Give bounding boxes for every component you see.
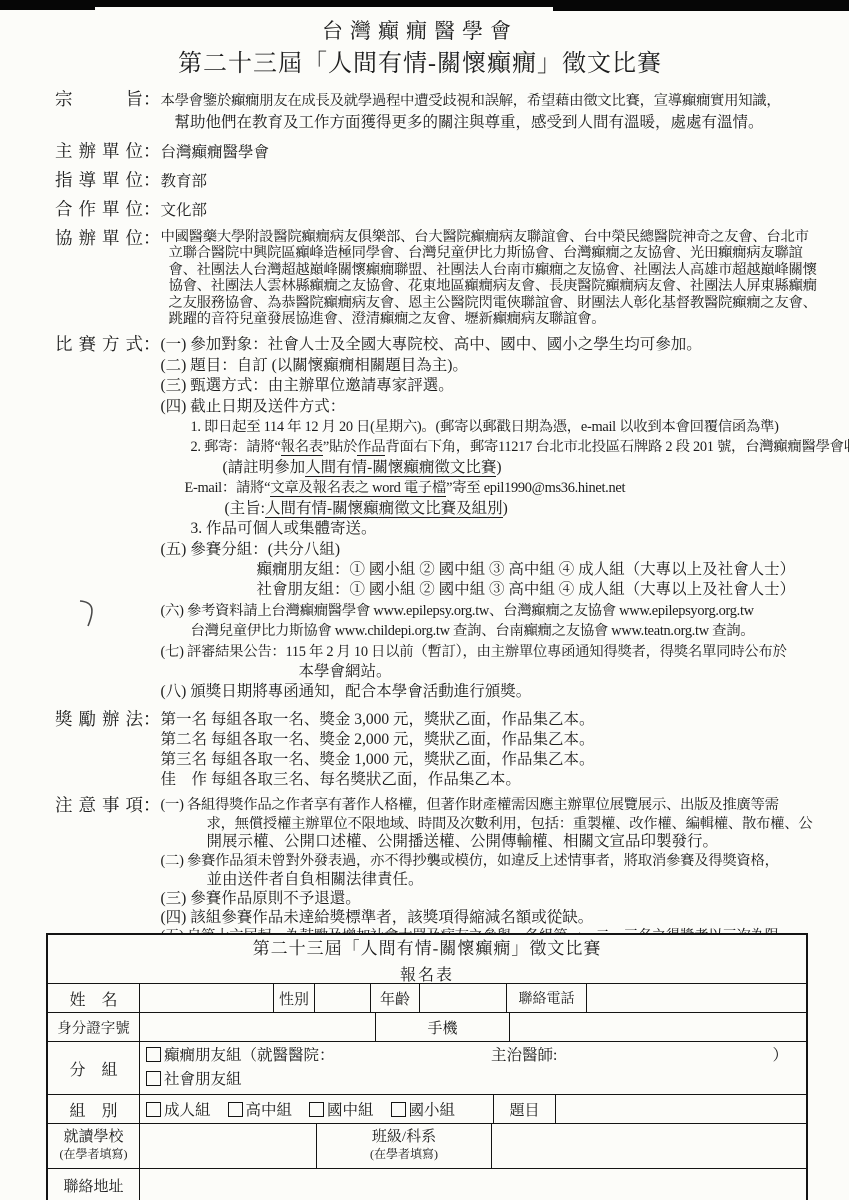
id-value-cell <box>140 1013 376 1041</box>
class-field-label: 班級/科系 (在學者填寫) <box>317 1124 492 1168</box>
text-line: 之友服務協會、為恭醫院癲癇病友會、恩主公醫院閃電俠聯誼會、財團法人彰化基督教醫院… <box>161 295 844 311</box>
text-run: 本學會網站。 <box>299 663 392 680</box>
text-line: 第一名 每組各取一名、獎金 3,000 元，獎狀乙面，作品集乙本。 <box>161 710 844 730</box>
id-field-label: 身分證字號 <box>48 1013 140 1041</box>
text-run: 求，無償授權主辦單位不限地域、時間及次數利用，包括：重製權、改作權、編輯權、散布… <box>207 816 813 832</box>
text-line: (八) 頒獎日期將專函通知，配合本學會活動進行頒獎。 <box>161 682 849 702</box>
text-line: 台灣兒童伊比力斯協會 www.childepi.org.tw 查詢、台南癲癇之友… <box>161 621 849 641</box>
text-run: 開展示權、公開口述權、公開播送權、公開傳輸權、相關文宣品印製發行。 <box>207 833 719 850</box>
underlined-text: 文章及報名表之 word 電子檔 <box>270 480 446 497</box>
text-line: (七) 評審結果公告：115 年 2 月 10 日以前（暫訂），由主辦單位專函通… <box>161 642 849 662</box>
age-value-cell <box>420 984 507 1012</box>
text-run: 第一名 每組各取一名、獎金 3,000 元，獎狀乙面，作品集乙本。 <box>161 711 595 728</box>
form-row-category: 組 別 成人組 高中組 國中組 國小組 題目 <box>48 1095 806 1124</box>
text-line: 跳躍的音符兒童發展協進會、澄清癲癇之友會、壢新癲癇病友聯誼會。 <box>161 311 844 327</box>
text-run: 1. 即日起至 114 年 12 月 20 日(星期六)。(郵寄以郵戳日期為憑，… <box>191 419 779 435</box>
text-run: 社會朋友組：① 國小組 ② 國中組 ③ 高中組 ④ 成人組（大專以上及社會人士） <box>257 581 796 598</box>
category-option-label: 國中組 <box>327 1102 374 1119</box>
category-option-label: 高中組 <box>246 1102 293 1119</box>
section-advisor: 指導單位：教育部 <box>55 169 849 193</box>
text-run: 背面右下角，郵寄11217 台北市北投區石牌路 2 段 201 號，台灣癲癇醫學… <box>385 439 849 455</box>
registration-form-table: 第二十三屆「人間有情-關懷癲癇」徵文比賽 報名表 姓 名 性別 年齡 聯絡電話 … <box>46 933 808 1200</box>
group-option-patient-label: 癲癇朋友組（就醫醫院： <box>164 1047 335 1064</box>
text-run: 2. 郵寄：請將“ <box>191 439 281 455</box>
label-colon: ： <box>143 88 161 110</box>
category-option: 高中組 <box>228 1098 293 1120</box>
group-field-label: 分 組 <box>48 1042 140 1094</box>
text-run: (一) 各組得獎作品之作者享有著作人格權，但著作財產權需因應主辦單位展覽展示、出… <box>161 797 779 813</box>
gender-value-cell <box>315 984 371 1012</box>
checkbox-icon <box>228 1102 243 1117</box>
school-label-note: (在學者填寫) <box>60 1146 128 1163</box>
phone-value-cell <box>587 984 806 1012</box>
group-option-public-label: 社會朋友組 <box>164 1071 242 1088</box>
text-run: ) <box>496 459 501 476</box>
underlined-text: 報名表 <box>281 439 323 456</box>
mobile-field-label: 手機 <box>376 1013 510 1041</box>
form-row-group: 分 組 癲癇朋友組（就醫醫院： 主治醫師: ） 社會朋友組 <box>48 1042 806 1095</box>
text-run: 第二名 每組各取一名、獎金 2,000 元，獎狀乙面，作品集乙本。 <box>161 731 595 748</box>
address-field-label: 聯絡地址 <box>48 1169 140 1200</box>
section-label: 協辦單位 <box>55 227 143 249</box>
category-options-cell: 成人組 高中組 國中組 國小組 <box>140 1095 494 1123</box>
section-content: 本學會鑒於癲癇朋友在成長及就學過程中遭受歧視和誤解，希望藉由徵文比賽，宣導癲癇實… <box>161 88 849 134</box>
underlined-text: 作品 <box>357 439 385 456</box>
text-run: 立聯合醫院中興院區癲峰造極同學會、台灣兒童伊比力斯協會、台灣癲癇之友協會、光田癲… <box>169 245 803 261</box>
text-run: 協會、社團法人雲林縣癲癇之友協會、花東地區癲癇病友會、長庚醫院癲癇病友會、社團法… <box>169 278 817 294</box>
label-colon: ： <box>143 708 161 730</box>
text-run: ”寄至 epil1990@ms36.hinet.net <box>446 480 625 496</box>
mobile-value-cell <box>510 1013 806 1041</box>
text-run: (二) 參賽作品須未曾對外發表過，亦不得抄襲或模仿，如違反上述情事者，將取消參賽… <box>161 853 779 869</box>
section-content: 文化部 <box>161 198 849 222</box>
text-run: 文化部 <box>161 202 208 219</box>
text-line: 並由送件者自負相關法律責任。 <box>161 871 844 890</box>
form-row-id: 身分證字號 手機 <box>48 1013 806 1042</box>
text-line: 2. 郵寄：請將“報名表”貼於作品背面右下角，郵寄11217 台北市北投區石牌路… <box>161 437 849 457</box>
label-colon: ： <box>143 333 161 355</box>
form-row-address: 聯絡地址 <box>48 1169 806 1200</box>
group-options-cell: 癲癇朋友組（就醫醫院： 主治醫師: ） 社會朋友組 <box>140 1042 806 1094</box>
text-line: 本學會網站。 <box>161 662 849 682</box>
section-content: 第一名 每組各取一名、獎金 3,000 元，獎狀乙面，作品集乙本。第二名 每組各… <box>161 708 849 790</box>
label-colon: ： <box>143 794 161 816</box>
document-body: 宗旨：本學會鑒於癲癇朋友在成長及就學過程中遭受歧視和誤解，希望藉由徵文比賽，宣導… <box>0 88 849 968</box>
underlined-text: 人間有情-關懷癲癇徵文比賽及組別 <box>265 500 503 518</box>
text-line: (四) 截止日期及送件方式： <box>161 397 849 417</box>
age-field-label: 年齡 <box>371 984 420 1012</box>
section-label: 宗旨 <box>55 88 143 110</box>
text-run: (四) 該組參賽作品未達給獎標準者，該獎項得縮減名額或從缺。 <box>161 909 594 926</box>
school-field-label: 就讀學校 (在學者填寫) <box>48 1124 140 1168</box>
text-run: (三) 參賽作品原則不予退還。 <box>161 890 361 907</box>
text-line: 社會朋友組：① 國小組 ② 國中組 ③ 高中組 ④ 成人組（大專以上及社會人士） <box>161 580 849 600</box>
text-run: (七) 評審結果公告：115 年 2 月 10 日以前（暫訂），由主辦單位專函通… <box>161 644 787 660</box>
section-content: 台灣癲癇醫學會 <box>161 140 849 164</box>
text-run: 第三名 每組各取一名、獎金 1,000 元，獎狀乙面，作品集乙本。 <box>161 751 595 768</box>
name-value-cell <box>140 984 274 1012</box>
section-awards: 獎勵辦法：第一名 每組各取一名、獎金 3,000 元，獎狀乙面，作品集乙本。第二… <box>55 708 849 790</box>
gender-field-label: 性別 <box>274 984 315 1012</box>
checkbox-icon <box>146 1071 161 1086</box>
text-run: (請註明參加 <box>223 459 306 476</box>
text-line: (請註明參加人間有情-關懷癲癇徵文比賽) <box>161 458 849 478</box>
form-row-name: 姓 名 性別 年齡 聯絡電話 <box>48 984 806 1013</box>
text-run: 並由送件者自負相關法律責任。 <box>207 871 424 888</box>
scan-artifact-top-bar <box>0 0 849 7</box>
text-line: 教育部 <box>161 171 844 193</box>
section-label: 指導單位 <box>55 169 143 191</box>
form-title: 第二十三屆「人間有情-關懷癲癇」徵文比賽 <box>253 934 602 959</box>
label-colon: ： <box>143 140 161 162</box>
section-label: 主辦單位 <box>55 140 143 162</box>
text-line: 立聯合醫院中興院區癲峰造極同學會、台灣兒童伊比力斯協會、台灣癲癇之友協會、光田癲… <box>161 245 844 261</box>
text-line: 求，無償授權主辦單位不限地域、時間及次數利用，包括：重製權、改作權、編輯權、散布… <box>161 815 844 834</box>
text-run: 台灣兒童伊比力斯協會 www.childepi.org.tw 查詢、台南癲癇之友… <box>191 623 755 639</box>
group-option-patient: 癲癇朋友組（就醫醫院： 主治醫師: ） <box>146 1044 800 1068</box>
text-run: 幫助他們在教育及工作方面獲得更多的關注與尊重，感受到人間有溫暖，處處有溫情。 <box>175 114 764 131</box>
category-option: 國小組 <box>391 1098 456 1120</box>
pen-mark-artifact <box>76 598 102 632</box>
topic-value-cell <box>556 1095 806 1123</box>
section-content: 教育部 <box>161 169 849 193</box>
text-line: (一) 參加對象：社會人士及全國大專院校、高中、國中、國小之學生均可參加。 <box>161 335 849 355</box>
organization-title: 台灣癲癇醫學會 <box>10 18 830 44</box>
section-content: (一) 參加對象：社會人士及全國大專院校、高中、國中、國小之學生均可參加。(二)… <box>161 333 849 702</box>
text-line: (二) 參賽作品須未曾對外發表過，亦不得抄襲或模仿，如違反上述情事者，將取消參賽… <box>161 852 844 871</box>
category-option: 國中組 <box>309 1098 374 1120</box>
text-run: 癲癇朋友組：① 國小組 ② 國中組 ③ 高中組 ④ 成人組（大專以上及社會人士） <box>257 561 796 578</box>
section-label: 注意事項 <box>55 794 143 816</box>
checkbox-icon <box>391 1102 406 1117</box>
text-run: (一) 參加對象：社會人士及全國大專院校、高中、國中、國小之學生均可參加。 <box>161 336 702 353</box>
text-line: (六) 參考資料請上台灣癲癇醫學會 www.epilepsy.org.tw、台灣… <box>161 601 849 621</box>
text-run: (三) 甄選方式：由主辦單位邀請專家評選。 <box>161 377 454 394</box>
label-colon: ： <box>143 198 161 220</box>
text-run: ”貼於 <box>323 439 357 455</box>
text-line: 開展示權、公開口述權、公開播送權、公開傳輸權、相關文宣品印製發行。 <box>161 833 844 852</box>
text-run: (八) 頒獎日期將專函通知，配合本學會活動進行頒獎。 <box>161 683 532 700</box>
text-run: 3. 作品可個人或集體寄送。 <box>191 520 377 537</box>
section-purpose: 宗旨：本學會鑒於癲癇朋友在成長及就學過程中遭受歧視和誤解，希望藉由徵文比賽，宣導… <box>55 88 849 134</box>
text-line: 幫助他們在教育及工作方面獲得更多的關注與尊重，感受到人間有溫暖，處處有溫情。 <box>161 112 844 134</box>
document-title: 第二十三屆「人間有情-關懷癲癇」徵文比賽 <box>10 47 830 81</box>
text-run: (主旨: <box>225 500 265 517</box>
text-line: (四) 該組參賽作品未達給獎標準者，該獎項得縮減名額或從缺。 <box>161 909 844 928</box>
text-run: 本學會鑒於癲癇朋友在成長及就學過程中遭受歧視和誤解，希望藉由徵文比賽，宣導癲癇實… <box>161 93 781 109</box>
text-line: 本學會鑒於癲癇朋友在成長及就學過程中遭受歧視和誤解，希望藉由徵文比賽，宣導癲癇實… <box>161 90 844 112</box>
form-row-school: 就讀學校 (在學者填寫) 班級/科系 (在學者填寫) <box>48 1124 806 1169</box>
form-header-cell: 第二十三屆「人間有情-關懷癲癇」徵文比賽 報名表 <box>48 935 806 983</box>
text-line: E-mail：請將“文章及報名表之 word 電子檔”寄至 epil1990@m… <box>161 478 849 498</box>
text-run: ) <box>503 500 508 517</box>
text-line: 會、社團法人台灣超越巔峰關懷癲癇聯盟、社團法人台南市癲癇之友協會、社團法人高雄市… <box>161 262 844 278</box>
section-label: 比賽方式 <box>55 333 143 355</box>
section-cohost: 協辦單位：中國醫藥大學附設醫院癲癇病友俱樂部、台大醫院癲癇病友聯誼會、台中榮民總… <box>55 227 849 327</box>
attending-doctor-label: 主治醫師: <box>491 1044 557 1068</box>
group-option-public: 社會朋友組 <box>146 1068 800 1092</box>
scanned-document-page: 台灣癲癇醫學會 第二十三屆「人間有情-關懷癲癇」徵文比賽 宗旨：本學會鑒於癲癇朋… <box>0 0 849 1200</box>
text-run: (四) 截止日期及送件方式： <box>161 398 346 415</box>
category-option: 成人組 <box>146 1098 211 1120</box>
school-label-text: 就讀學校 <box>63 1129 123 1146</box>
text-line: (三) 甄選方式：由主辦單位邀請專家評選。 <box>161 376 849 396</box>
section-label: 合作單位 <box>55 198 143 220</box>
text-run: 之友服務協會、為恭醫院癲癇病友會、恩主公醫院閃電俠聯誼會、財團法人彰化基督教醫院… <box>169 295 817 311</box>
form-header-row: 第二十三屆「人間有情-關懷癲癇」徵文比賽 報名表 <box>48 935 806 984</box>
text-line: 台灣癲癇醫學會 <box>161 142 844 164</box>
label-colon: ： <box>143 169 161 191</box>
text-line: (二) 題目：自訂 (以關懷癲癇相關題目為主)。 <box>161 356 849 376</box>
category-option-label: 成人組 <box>164 1102 211 1119</box>
name-field-label: 姓 名 <box>48 984 140 1012</box>
document-header: 台灣癲癇醫學會 第二十三屆「人間有情-關懷癲癇」徵文比賽 <box>10 18 830 81</box>
text-line: 協會、社團法人雲林縣癲癇之友協會、花東地區癲癇病友會、長庚醫院癲癇病友會、社團法… <box>161 278 844 294</box>
checkbox-icon <box>146 1047 161 1062</box>
form-subtitle: 報名表 <box>400 962 454 985</box>
address-value-cell <box>140 1169 806 1200</box>
text-line: (五) 參賽分組：(共分八組) <box>161 540 849 560</box>
checkbox-icon <box>146 1102 161 1117</box>
text-line: 佳 作 每組各取三名、每名獎狀乙面，作品集乙本。 <box>161 770 844 790</box>
class-label-note: (在學者填寫) <box>370 1146 438 1163</box>
text-run: E-mail：請將“ <box>185 480 271 496</box>
text-run: 台灣癲癇醫學會 <box>161 144 270 161</box>
text-run: (五) 參賽分組：(共分八組) <box>161 541 341 558</box>
category-option-label: 國小組 <box>409 1102 456 1119</box>
class-label-text: 班級/科系 <box>372 1129 436 1146</box>
text-run: 會、社團法人台灣超越巔峰關懷癲癇聯盟、社團法人台南市癲癇之友協會、社團法人高雄市… <box>169 262 817 278</box>
text-line: 1. 即日起至 114 年 12 月 20 日(星期六)。(郵寄以郵戳日期為憑，… <box>161 417 849 437</box>
text-line: 第三名 每組各取一名、獎金 1,000 元，獎狀乙面，作品集乙本。 <box>161 750 844 770</box>
text-run: (二) 題目：自訂 (以關懷癲癇相關題目為主)。 <box>161 357 468 374</box>
section-content: 中國醫藥大學附設醫院癲癇病友俱樂部、台大醫院癲癇病友聯誼會、台中榮民總醫院神奇之… <box>161 227 849 327</box>
text-line: (三) 參賽作品原則不予退還。 <box>161 890 844 909</box>
text-line: 癲癇朋友組：① 國小組 ② 國中組 ③ 高中組 ④ 成人組（大專以上及社會人士） <box>161 560 849 580</box>
section-contest: 比賽方式：(一) 參加對象：社會人士及全國大專院校、高中、國中、國小之學生均可參… <box>55 333 849 702</box>
topic-field-label: 題目 <box>494 1095 556 1123</box>
school-value-cell <box>140 1124 317 1168</box>
class-value-cell <box>492 1124 806 1168</box>
closing-paren: ） <box>772 1044 788 1068</box>
text-line: 中國醫藥大學附設醫院癲癇病友俱樂部、台大醫院癲癇病友聯誼會、台中榮民總醫院神奇之… <box>161 229 844 245</box>
text-run: 教育部 <box>161 173 208 190</box>
section-partner: 合作單位：文化部 <box>55 198 849 222</box>
label-colon: ： <box>143 227 161 249</box>
phone-field-label: 聯絡電話 <box>507 984 587 1012</box>
text-run: 佳 作 每組各取三名、每名獎狀乙面，作品集乙本。 <box>161 771 521 788</box>
text-line: 第二名 每組各取一名、獎金 2,000 元，獎狀乙面，作品集乙本。 <box>161 730 844 750</box>
underlined-text: 人間有情-關懷癲癇徵文比賽 <box>305 459 496 477</box>
text-line: (主旨:人間有情-關懷癲癇徵文比賽及組別) <box>161 499 849 519</box>
text-line: 文化部 <box>161 200 844 222</box>
text-run: 跳躍的音符兒童發展協進會、澄清癲癇之友會、壢新癲癇病友聯誼會。 <box>169 311 606 327</box>
text-line: (一) 各組得獎作品之作者享有著作人格權，但著作財產權需因應主辦單位展覽展示、出… <box>161 796 844 815</box>
category-field-label: 組 別 <box>48 1095 140 1123</box>
text-line: 3. 作品可個人或集體寄送。 <box>161 519 849 539</box>
text-run: 中國醫藥大學附設醫院癲癇病友俱樂部、台大醫院癲癇病友聯誼會、台中榮民總醫院神奇之… <box>161 229 809 245</box>
section-label: 獎勵辦法 <box>55 708 143 730</box>
text-run: (六) 參考資料請上台灣癲癇醫學會 www.epilepsy.org.tw、台灣… <box>161 603 754 619</box>
section-organizer: 主辦單位：台灣癲癇醫學會 <box>55 140 849 164</box>
checkbox-icon <box>309 1102 324 1117</box>
